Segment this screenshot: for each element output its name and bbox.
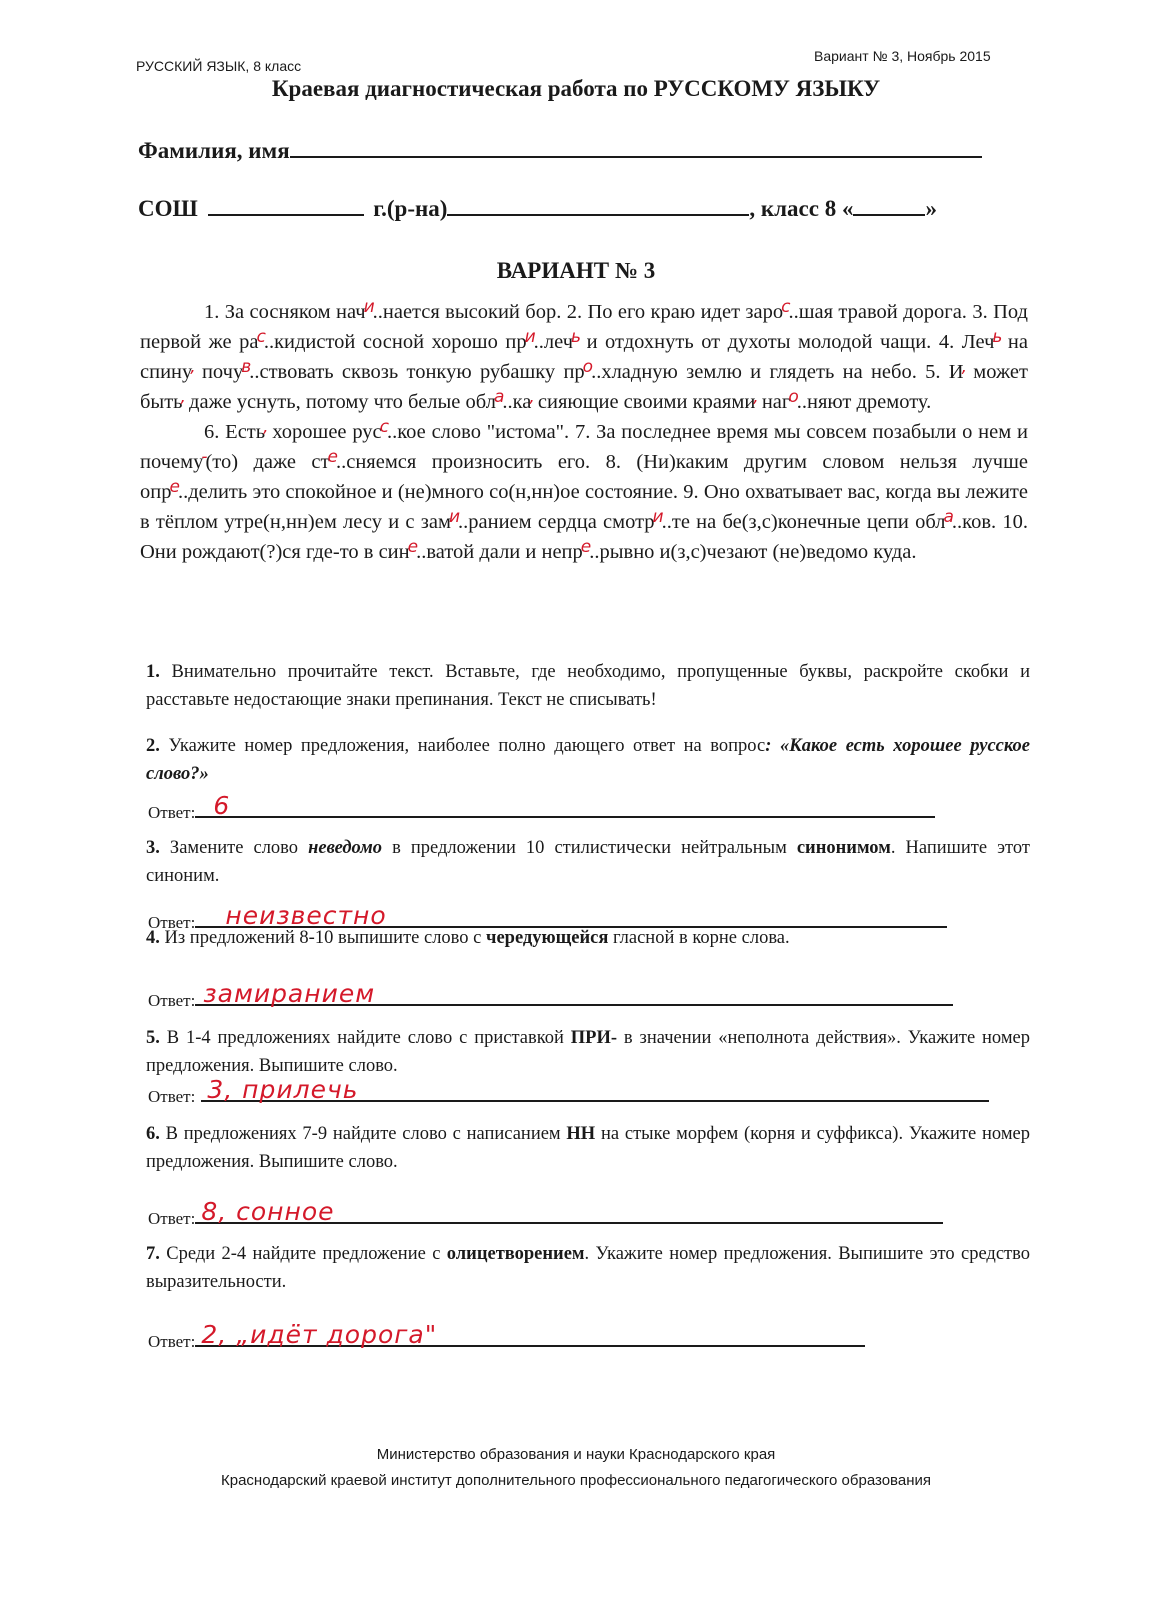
correction-mark: , [181,387,186,407]
document-title: Краевая диагностическая работа по РУССКО… [0,76,1152,102]
correction-mark: , [263,417,268,437]
correction-mark: е [328,447,338,467]
task-3-text-pre: Замените слово [160,838,308,858]
task-3-number: 3. [146,838,160,858]
correction-mark: , [962,357,967,377]
class-close-quote: » [925,196,937,221]
subject-header: РУССКИЙ ЯЗЫК, 8 класс [136,58,301,74]
footer-ministry: Министерство образования и науки Краснод… [0,1446,1152,1463]
task-4-number: 4. [146,928,160,948]
class-label: , класс 8 « [749,196,853,221]
task-1-number: 1. [146,662,160,682]
text-segment: 1. За сосняком нач [204,301,366,323]
correction-mark: с [380,417,389,437]
text-segment: 6. Есть [204,421,265,443]
class-letter-input-line[interactable] [853,196,925,216]
correction-mark: с [256,327,265,347]
task-4-text-post: гласной в корне слова. [608,928,789,948]
text-segment: ..кидистой сосной хорошо пр [264,331,527,353]
task-4-bold-term: чередующейся [486,928,608,948]
task-6-bold-term: НН [566,1124,595,1144]
task-3-text-mid: в предложении 10 стилистически нейтральн… [382,838,797,858]
task-1: 1. Внимательно прочитайте текст. Вставьт… [146,658,1030,714]
text-paragraph-2: 6. Есть, хорошее русс..кое слово "истома… [140,418,1028,568]
text-segment: ..ка [502,391,531,413]
correction-mark: а [494,387,504,407]
correction-mark: , [753,387,758,407]
task-5-number: 5. [146,1028,160,1048]
exercise-text: 1. За сосняком начи..нается высокий бор.… [140,298,1028,568]
task-4-answer-row: Ответ:замиранием [148,984,953,1011]
correction-mark: , [529,387,534,407]
city-label: г.(р-на) [373,196,447,221]
answer-label: Ответ: [148,1087,195,1106]
task-2-handwritten-answer: 6 [213,791,230,820]
text-segment: ..ранием сердца смотр [458,511,655,533]
text-segment: ..ствовать сквозь тонкую рубашку пр [249,361,584,383]
task-4-text-pre: Из предложений 8-10 выпишите слово с [160,928,486,948]
text-segment: даже уснуть, потому что белые обл [184,391,496,413]
text-segment: ..леч [534,331,573,353]
correction-mark: а [943,507,953,527]
task-7-number: 7. [146,1244,160,1264]
task-6: 6. В предложениях 7-9 найдите слово с на… [146,1120,1030,1176]
task-4: 4. Из предложений 8-10 выпишите слово с … [146,924,1030,952]
task-4-answer-field[interactable]: замиранием [195,984,953,1006]
text-segment: ..рывно и(з,с)чезают (не)ведомо куда. [589,541,916,563]
task-5-text-pre: В 1-4 предложениях найдите слово с прист… [160,1028,571,1048]
text-segment: и отдохнуть от духоты молодой чащи. 4. Л… [579,331,994,353]
correction-mark: е [408,537,418,557]
name-field-row: Фамилия, имя [138,138,982,164]
name-label: Фамилия, имя [138,138,290,163]
correction-mark: о [583,357,593,377]
correction-mark: и [449,507,460,527]
task-2-text: Укажите номер предложения, наиболее полн… [160,736,765,756]
city-input-line[interactable] [447,196,749,216]
variant-heading: ВАРИАНТ № 3 [0,258,1152,284]
task-2-answer-field[interactable]: 6 [195,796,935,818]
school-input-line[interactable] [208,196,364,216]
task-4-handwritten-answer: замиранием [203,979,375,1008]
task-6-number: 6. [146,1124,160,1144]
task-6-answer-row: Ответ:8, сонное [148,1202,943,1229]
name-input-line[interactable] [290,138,982,158]
correction-mark: е [169,477,179,497]
task-7-bold-term: олицетворением [447,1244,585,1264]
footer-institute: Краснодарский краевой институт дополните… [0,1472,1152,1489]
text-segment: ..нается высокий бор. 2. По его краю иде… [373,301,783,323]
text-paragraph-1: 1. За сосняком начи..нается высокий бор.… [140,298,1028,418]
school-label: СОШ [138,196,198,221]
text-segment: почу [194,361,244,383]
correction-mark: и [364,297,375,317]
task-6-answer-field[interactable]: 8, сонное [195,1202,943,1224]
task-3-bold-term: синонимом [797,838,891,858]
answer-label: Ответ: [148,803,195,822]
correction-mark: в [241,357,251,377]
task-1-text: Внимательно прочитайте текст. Вставьте, … [146,662,1030,710]
correction-mark: - [201,447,207,467]
correction-mark: и [525,327,536,347]
answer-label: Ответ: [148,1209,195,1228]
answer-label: Ответ: [148,991,195,1010]
correction-mark: ь [992,327,1002,347]
school-field-row: СОШ г.(р-на), класс 8 «» [138,196,937,222]
task-7-answer-field[interactable]: 2, „идёт дорога" [195,1325,865,1347]
task-7-text-pre: Среди 2-4 найдите предложение с [160,1244,447,1264]
task-5: 5. В 1-4 предложениях найдите слово с пр… [146,1024,1030,1080]
variant-date-header: Вариант № 3, Ноябрь 2015 [814,48,991,64]
correction-mark: ь [571,327,581,347]
correction-mark: о [788,387,798,407]
task-2-answer-row: Ответ:6 [148,796,935,823]
task-2: 2. Укажите номер предложения, наиболее п… [146,732,1030,788]
task-6-text-pre: В предложениях 7-9 найдите слово с напис… [160,1124,567,1144]
text-segment: (то) даже ст [205,451,329,473]
text-segment: хорошее рус [267,421,382,443]
correction-mark: с [781,297,790,317]
text-segment: ..те на бе(з,с)конечные цепи обл [662,511,946,533]
text-segment: наг [757,391,791,413]
task-3-keyword: неведомо [308,838,382,858]
text-segment: ..ватой дали и непр [416,541,583,563]
task-7: 7. Среди 2-4 найдите предложение с олице… [146,1240,1030,1296]
text-segment: ..няют дремоту. [797,391,932,413]
answer-label: Ответ: [148,1332,195,1351]
text-segment: сияющие своими краями [533,391,756,413]
task-5-handwritten-answer: 3, прилечь [207,1075,358,1104]
correction-mark: и [653,507,664,527]
task-7-handwritten-answer: 2, „идёт дорога" [201,1320,437,1349]
correction-mark: е [581,537,591,557]
text-segment: ..хладную землю и глядеть на небо. 5. И [591,361,964,383]
task-3: 3. Замените слово неведомо в предложении… [146,834,1030,890]
correction-mark: , [190,357,195,377]
task-6-handwritten-answer: 8, сонное [201,1197,334,1226]
task-5-answer-row: Ответ:3, прилечь [148,1080,989,1107]
task-2-number: 2. [146,736,160,756]
task-5-bold-term: ПРИ- [571,1028,617,1048]
task-7-answer-row: Ответ:2, „идёт дорога" [148,1325,865,1352]
task-5-answer-field[interactable]: 3, прилечь [201,1080,989,1102]
